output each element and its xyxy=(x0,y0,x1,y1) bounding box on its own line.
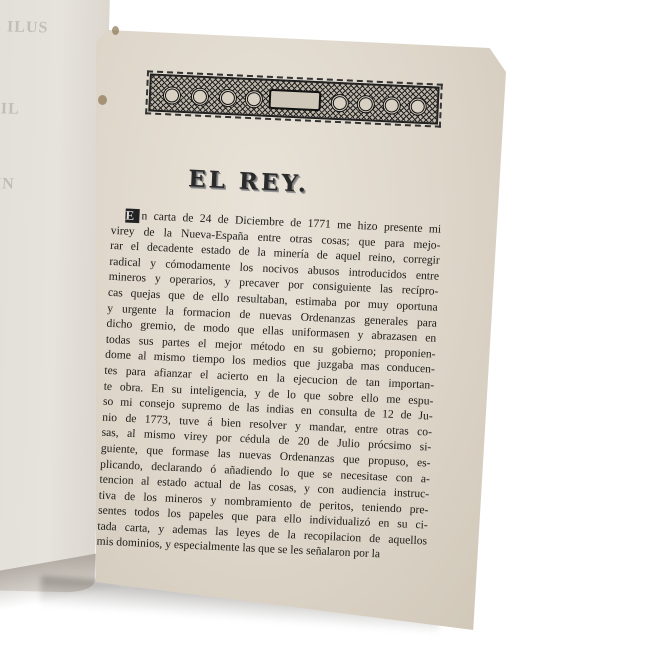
rosette-icon xyxy=(382,96,401,115)
foxing-spot xyxy=(98,95,107,105)
left-page: ILUS IL IN xyxy=(0,0,110,593)
foxing-spot xyxy=(112,26,119,35)
rosette-icon xyxy=(191,87,210,106)
rosette-icon xyxy=(245,90,264,109)
rosette-icon xyxy=(356,95,375,114)
show-through-text: IN xyxy=(0,175,15,194)
cartouche-icon xyxy=(268,89,321,111)
page-content: EL REY. En carta de 24 de Diciembre de 1… xyxy=(96,72,447,565)
book-photo: ILUS IL IN EL REY. En carta de 24 de Dic… xyxy=(0,0,650,650)
rosette-icon xyxy=(408,97,427,116)
rosette-icon xyxy=(330,94,349,113)
page-title: EL REY. xyxy=(188,165,444,204)
show-through-text: IL xyxy=(1,100,20,118)
rosette-icon xyxy=(219,89,238,108)
drop-cap: E xyxy=(125,208,140,223)
rosette-icon xyxy=(163,86,182,105)
body-text: En carta de 24 de Diciembre de 1771 me h… xyxy=(96,207,441,565)
show-through-text: ILUS xyxy=(7,18,49,37)
